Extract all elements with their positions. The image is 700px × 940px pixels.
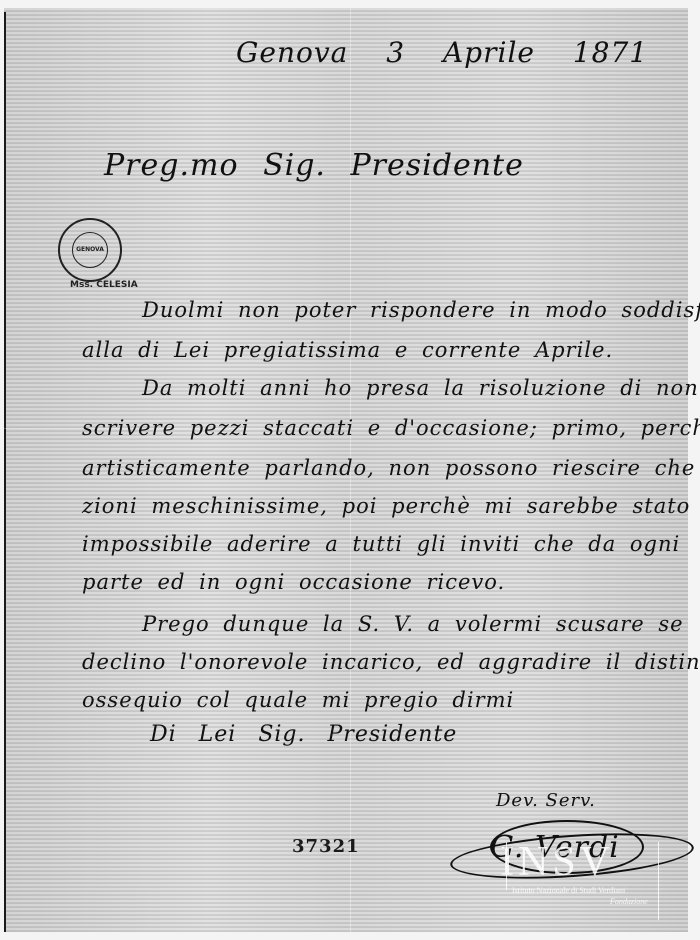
stamp-inner-ring: GENOVA: [72, 232, 108, 268]
body-line: zioni meschinissime, poi perchè mi sareb…: [82, 494, 690, 518]
inventory-number: 37321: [292, 836, 360, 857]
body-line: Duolmi non poter rispondere in modo sodd…: [142, 298, 700, 322]
body-line: Prego dunque la S. V. a volermi scusare …: [142, 612, 684, 636]
body-line: impossibile aderire a tutti gli inviti c…: [82, 532, 680, 556]
date-line: Genova 3 Aprile 1871: [236, 36, 648, 69]
body-line: artisticamente parlando, non possono rie…: [82, 456, 700, 480]
watermark-institute-name: Istituto Nazionale di Studi Verdiani: [512, 886, 625, 895]
body-line: ossequio col quale mi pregio dirmi: [82, 688, 514, 712]
closing-address: Di Lei Sig. Presidente: [150, 722, 457, 747]
watermark-rule-right: [658, 842, 659, 920]
body-line: Da molti anni ho presa la risoluzione di…: [142, 376, 699, 400]
library-stamp: GENOVA: [58, 218, 122, 282]
closing-formula: Dev. Serv.: [496, 790, 596, 811]
sheet-left-edge: [4, 12, 6, 932]
stamp-center-text: GENOVA: [76, 246, 104, 254]
watermark-foundation: Fondazione: [610, 897, 648, 906]
body-line: parte ed in ogni occasione ricevo.: [82, 570, 505, 594]
body-line: alla di Lei pregiatissima e corrente Apr…: [82, 338, 613, 362]
body-line: declino l'onorevole incarico, ed aggradi…: [82, 650, 700, 674]
body-line: scrivere pezzi staccati e d'occasione; p…: [82, 416, 700, 440]
salutation: Preg.mo Sig. Presidente: [104, 148, 524, 183]
watermark-logo: INSV: [500, 838, 614, 886]
stamp-caption: Mss. CELESIA: [70, 280, 138, 290]
